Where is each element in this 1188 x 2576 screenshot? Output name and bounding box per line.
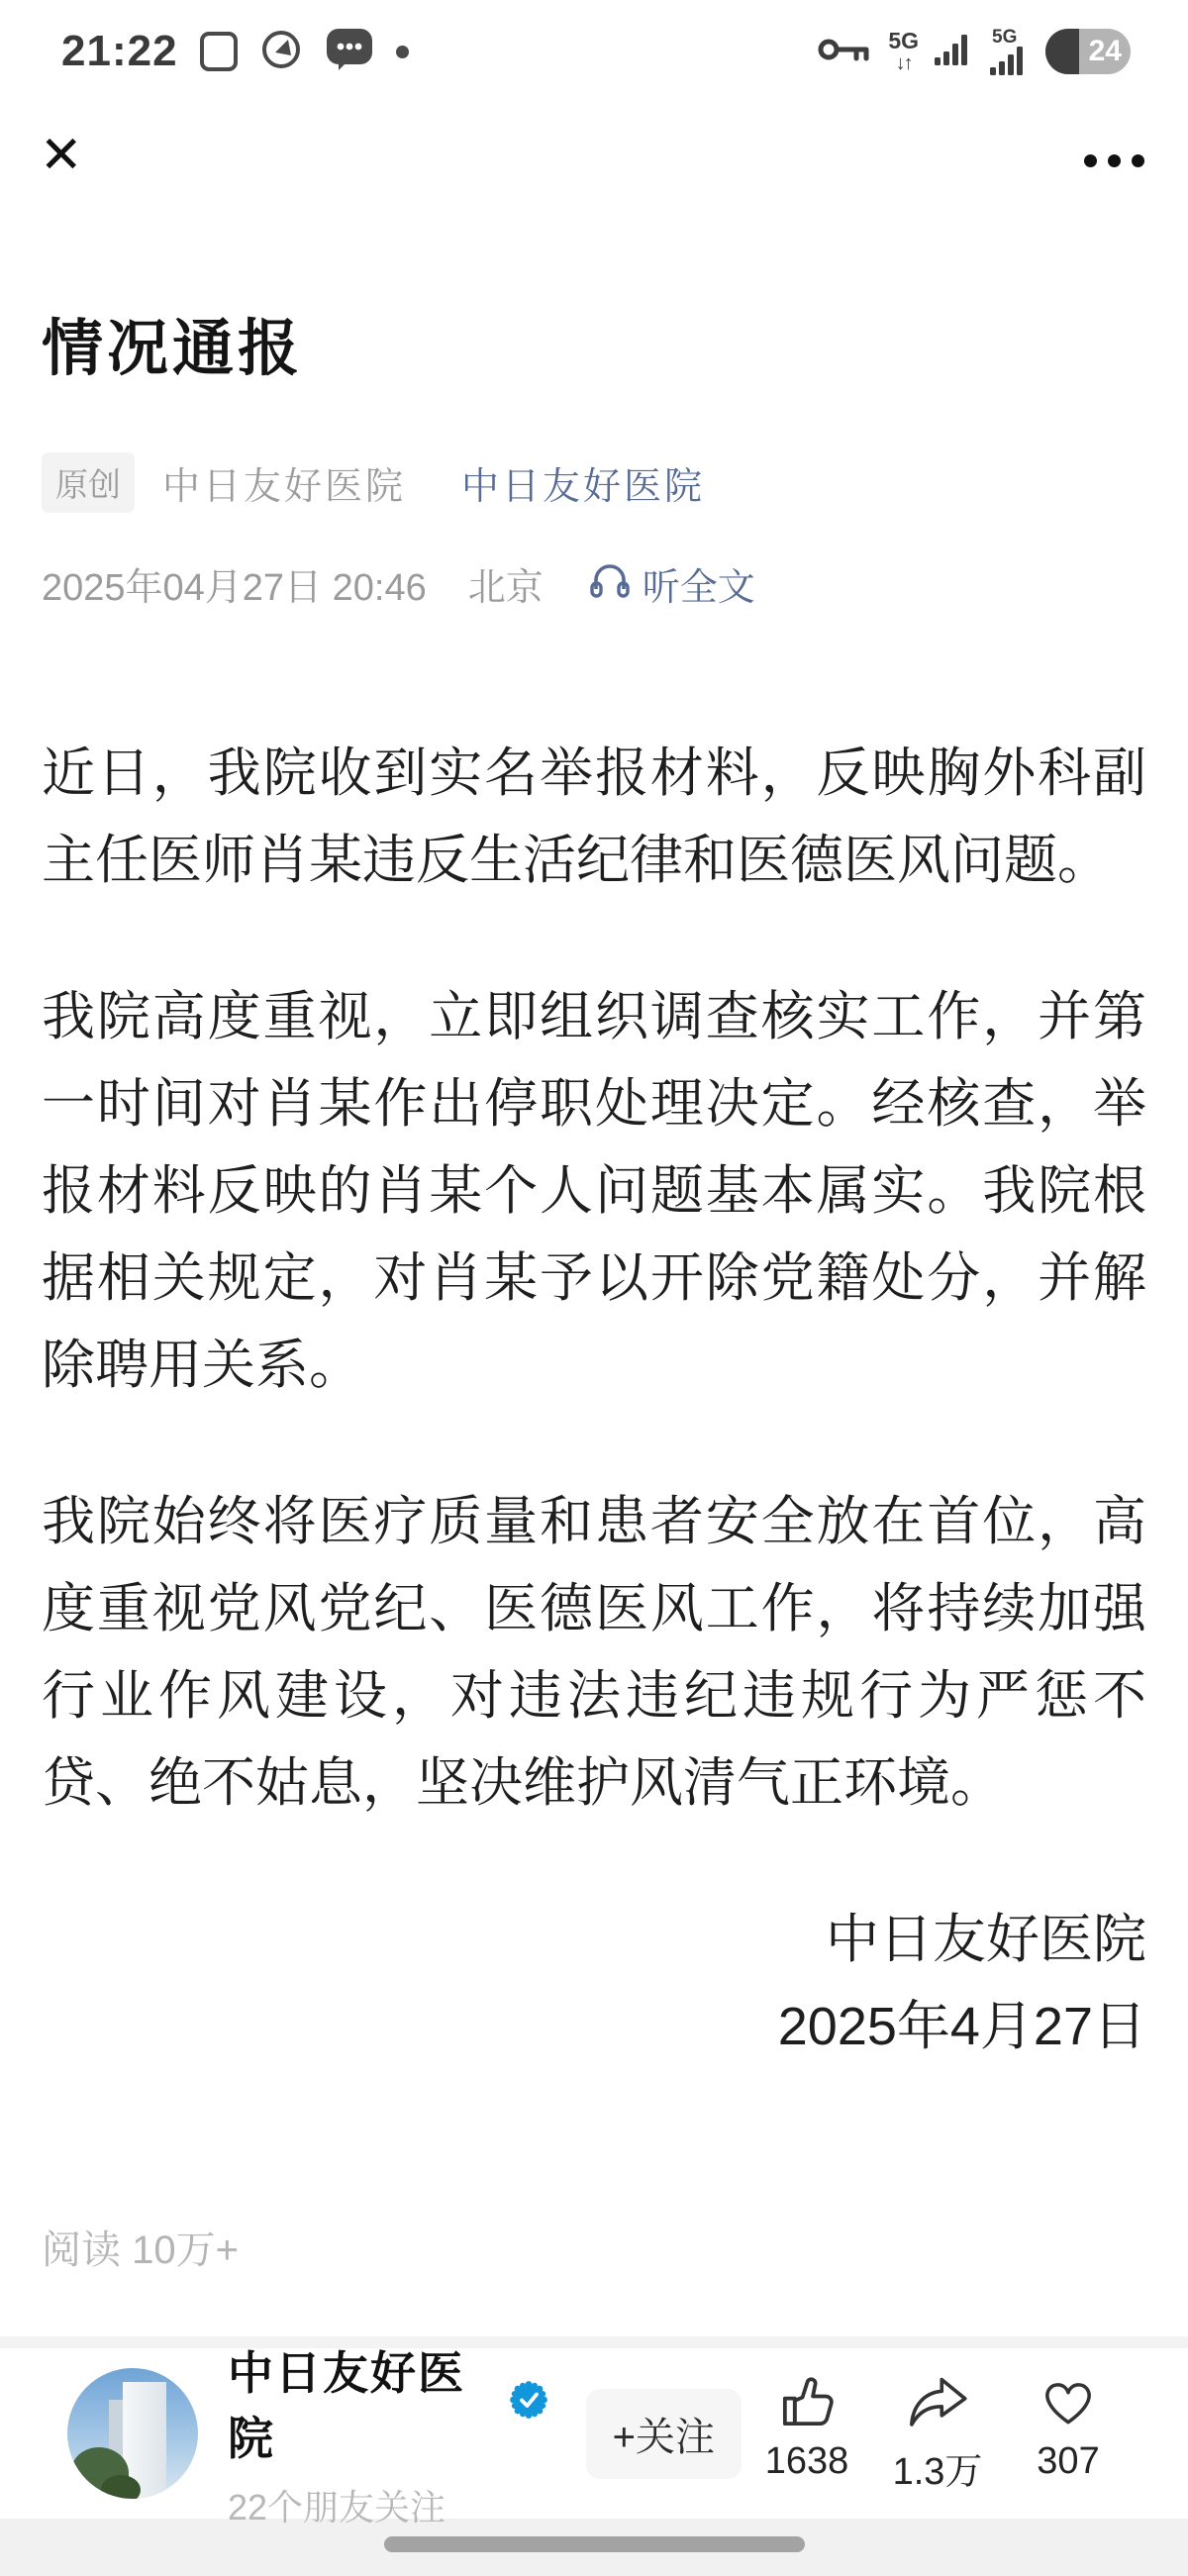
signature-date: 2025年4月27日 — [42, 1983, 1146, 2070]
article-body: 近日，我院收到实名举报材料，反映胸外科副主任医师肖某违反生活纪律和医德医风问题。… — [42, 730, 1146, 1827]
vpn-key-icon — [817, 34, 872, 70]
share-button[interactable]: 1.3万 — [872, 2373, 1003, 2495]
signature-name: 中日友好医院 — [42, 1896, 1146, 1983]
favorite-button[interactable]: 307 — [1003, 2373, 1134, 2495]
date-row: 2025年04月27日 20:46 北京 听全文 — [42, 556, 1146, 611]
network-5g-updown-icon: 5G ↓↑ — [888, 30, 919, 73]
battery-icon: 24 — [1045, 29, 1131, 74]
article-navbar: ✕ — [0, 89, 1188, 192]
publish-datetime: 2025年04月27日 20:46 — [42, 556, 427, 611]
read-count: 阅读 10万+ — [42, 2219, 1146, 2275]
listen-full-text-label: 听全文 — [643, 556, 755, 611]
signal-bars-icon — [935, 32, 974, 72]
compass-icon — [259, 28, 303, 76]
original-tag: 原创 — [42, 452, 135, 513]
clock-time: 21:22 — [61, 27, 178, 76]
article-title: 情况通报 — [42, 299, 1146, 387]
article-content: 情况通报 原创 中日友好医院 中日友好医院 2025年04月27日 20:46 … — [0, 299, 1188, 2275]
battery-percent: 24 — [1089, 29, 1122, 74]
notification-dot-icon — [396, 46, 409, 58]
more-menu-icon[interactable] — [1084, 145, 1144, 167]
floating-window-icon — [200, 32, 238, 71]
footer-account-name[interactable]: 中日友好医院 — [228, 2337, 497, 2468]
system-nav-strip — [0, 2519, 1188, 2576]
account-info: 中日友好医院 — [228, 2337, 548, 2530]
favorite-count: 307 — [1037, 2440, 1099, 2483]
engagement-stats: 1638 1.3万 307 — [742, 2373, 1134, 2495]
share-arrow-icon — [906, 2373, 969, 2430]
battery-fill — [1045, 29, 1079, 74]
paragraph: 我院高度重视，立即组织调查核实工作，并第一时间对肖某作出停职处理决定。经核查，举… — [42, 973, 1146, 1409]
signature-block: 中日友好医院 2025年4月27日 — [42, 1896, 1146, 2070]
publish-location: 北京 — [468, 556, 544, 611]
like-button[interactable]: 1638 — [742, 2373, 872, 2495]
paragraph: 近日，我院收到实名举报材料，反映胸外科副主任医师肖某违反生活纪律和医德医风问题。 — [42, 730, 1146, 904]
paragraph: 我院始终将医疗质量和患者安全放在首位，高度重视党风党纪、医德医风工作，将持续加强… — [42, 1478, 1146, 1827]
like-count: 1638 — [765, 2440, 849, 2483]
footer: 中日友好医院 — [0, 2336, 1188, 2576]
message-bubble-icon — [325, 27, 374, 77]
footer-divider — [0, 2336, 1188, 2348]
home-indicator[interactable] — [384, 2536, 805, 2552]
official-account-link[interactable]: 中日友好医院 — [461, 455, 705, 510]
heart-icon — [1039, 2373, 1097, 2430]
share-count: 1.3万 — [893, 2440, 983, 2495]
author-name: 中日友好医院 — [162, 455, 406, 510]
status-bar: 21:22 5G ↓↑ — [0, 0, 1188, 89]
follow-button[interactable]: +关注 — [586, 2389, 742, 2479]
signal-bars-5g-icon: 5G — [990, 28, 1030, 76]
article-meta-row: 原创 中日友好医院 中日友好医院 — [42, 452, 1146, 513]
account-avatar[interactable] — [67, 2368, 198, 2499]
close-icon[interactable]: ✕ — [40, 130, 83, 181]
thumbs-up-icon — [776, 2373, 838, 2430]
listen-full-text-button[interactable]: 听全文 — [589, 556, 755, 611]
account-footer-bar: 中日友好医院 — [0, 2348, 1188, 2519]
verified-badge-icon — [509, 2380, 548, 2425]
headphone-icon — [589, 558, 631, 610]
friends-following-label: 22个朋友关注 — [228, 2480, 548, 2530]
